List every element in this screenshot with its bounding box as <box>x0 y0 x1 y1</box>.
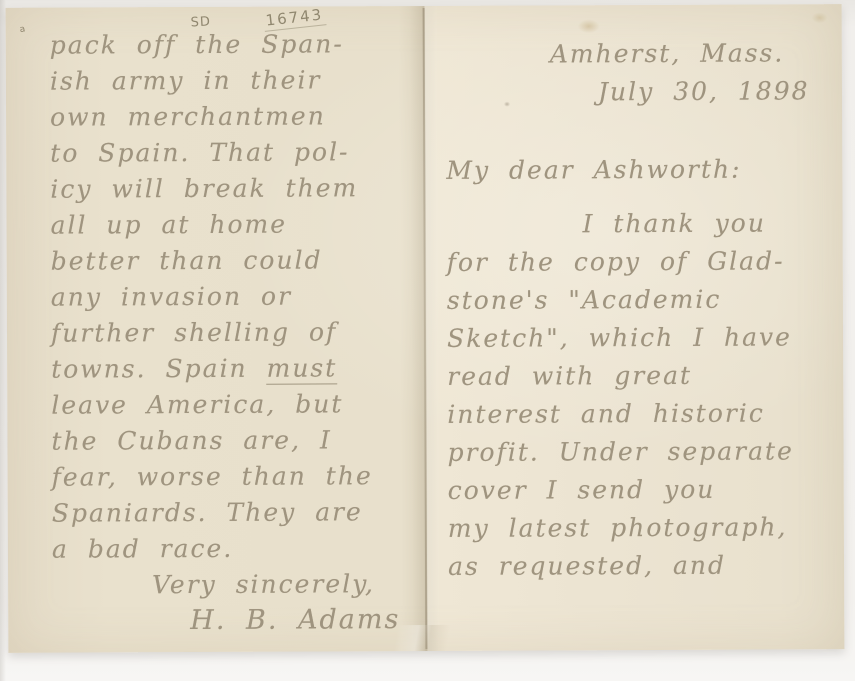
handwritten-line: icy will break them <box>50 170 398 208</box>
handwritten-line-with-underline: towns. Spain must <box>51 350 399 388</box>
handwritten-line: pack off the Span- <box>50 26 398 64</box>
signature: H. B. Adams <box>52 602 400 640</box>
letter-photograph: a SD 16743 pack off the Span- ish army i… <box>0 0 855 681</box>
salutation: My dear Ashworth: <box>446 150 810 190</box>
underlined-word: must <box>267 353 338 384</box>
spacer <box>446 188 810 206</box>
handwritten-line: Spaniards. They are <box>52 494 400 532</box>
handwritten-line: ish army in their <box>50 62 398 100</box>
handwritten-line: own merchantmen <box>50 98 398 136</box>
handwritten-line: profit. Under separate <box>447 432 811 472</box>
handwritten-line: interest and historic <box>447 394 811 434</box>
letter-page-right: Amherst, Mass. July 30, 1898 My dear Ash… <box>446 4 839 651</box>
handwritten-line: Sketch", which I have <box>447 318 811 358</box>
handwritten-line: the Cubans are, I <box>51 422 399 460</box>
closing-line: Very sincerely, <box>52 566 400 604</box>
handwritten-line: read with great <box>447 356 811 396</box>
handwritten-line: fear, worse than the <box>52 458 400 496</box>
handwritten-line: my latest photograph, <box>448 508 812 548</box>
corner-pencil-mark: a <box>19 24 26 35</box>
handwritten-line: all up at home <box>50 206 398 244</box>
handwritten-line: for the copy of Glad- <box>447 242 811 282</box>
letter-paper: a SD 16743 pack off the Span- ish army i… <box>6 4 845 653</box>
handwritten-line: as requested, and <box>448 546 812 586</box>
handwritten-line: leave America, but <box>51 386 399 424</box>
letter-page-left: pack off the Span- ish army in their own… <box>50 6 425 653</box>
date-line: July 30, 1898 <box>446 72 810 112</box>
handwritten-line: to Spain. That pol- <box>50 134 398 172</box>
spacer <box>446 110 810 152</box>
line-text: towns. Spain <box>51 354 267 384</box>
place-line: Amherst, Mass. <box>446 34 810 74</box>
handwritten-line: cover I send you <box>448 470 812 510</box>
handwritten-line: further shelling of <box>51 314 399 352</box>
handwritten-line: better than could <box>51 242 399 280</box>
handwritten-line: any invasion or <box>51 278 399 316</box>
handwritten-line: a bad race. <box>52 530 400 568</box>
handwritten-line: stone's "Academic <box>447 280 811 320</box>
handwritten-line: I thank you <box>446 204 810 244</box>
